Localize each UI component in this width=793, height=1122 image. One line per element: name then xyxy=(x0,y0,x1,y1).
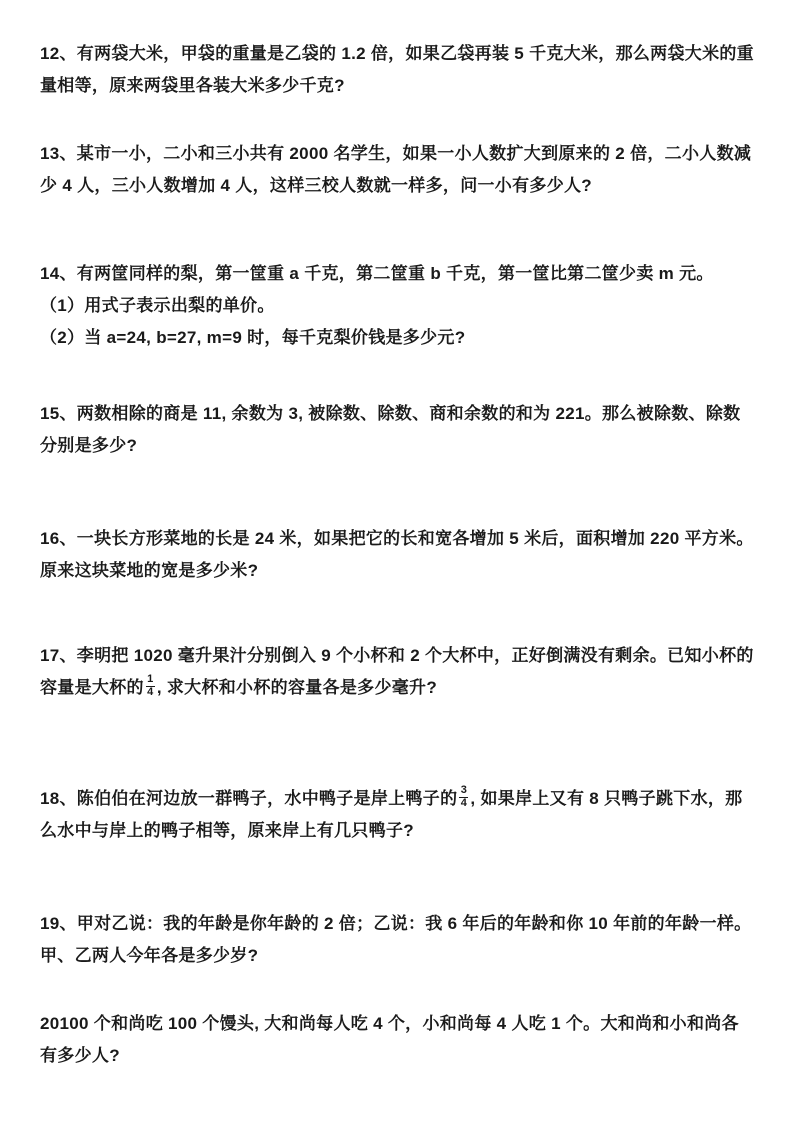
problem-17: 17、李明把 1020 毫升果汁分别倒入 9 个小杯和 2 个大杯中，正好倒满没… xyxy=(40,640,755,704)
problem-19: 19、甲对乙说：我的年龄是你年龄的 2 倍；乙说：我 6 年后的年龄和你 10 … xyxy=(40,908,755,972)
problem-13: 13、某市一小，二小和三小共有 2000 名学生，如果一小人数扩大到原来的 2 … xyxy=(40,138,755,202)
fraction-three-quarters: 34 xyxy=(459,785,468,809)
problem-17-text-after-fraction: , 求大杯和小杯的容量各是多少毫升? xyxy=(157,678,437,697)
fraction-denominator: 4 xyxy=(146,686,155,699)
problem-15: 15、两数相除的商是 11, 余数为 3, 被除数、除数、商和余数的和为 221… xyxy=(40,398,755,462)
problem-12: 12、有两袋大米，甲袋的重量是乙袋的 1.2 倍，如果乙袋再装 5 千克大米，那… xyxy=(40,38,755,102)
problem-18-text-before-fraction: 18、陈伯伯在河边放一群鸭子，水中鸭子是岸上鸭子的 xyxy=(40,789,457,808)
fraction-numerator: 3 xyxy=(461,785,467,797)
problem-18: 18、陈伯伯在河边放一群鸭子，水中鸭子是岸上鸭子的34, 如果岸上又有 8 只鸭… xyxy=(40,783,755,847)
problem-14-part-1: （1）用式子表示出梨的单价。 xyxy=(40,290,755,322)
fraction-numerator: 1 xyxy=(147,674,153,686)
worksheet-page: 12、有两袋大米，甲袋的重量是乙袋的 1.2 倍，如果乙袋再装 5 千克大米，那… xyxy=(0,0,793,1122)
problem-14-part-2: （2）当 a=24, b=27, m=9 时，每千克梨价钱是多少元? xyxy=(40,322,755,354)
fraction-denominator: 4 xyxy=(459,797,468,810)
fraction-one-quarter: 14 xyxy=(146,674,155,698)
problem-14-statement: 14、有两筐同样的梨，第一筐重 a 千克，第二筐重 b 千克，第一筐比第二筐少卖… xyxy=(40,258,755,290)
problem-16: 16、一块长方形菜地的长是 24 米，如果把它的长和宽各增加 5 米后，面积增加… xyxy=(40,523,755,587)
problem-14: 14、有两筐同样的梨，第一筐重 a 千克，第二筐重 b 千克，第一筐比第二筐少卖… xyxy=(40,258,755,354)
problem-20: 20100 个和尚吃 100 个馒头, 大和尚每人吃 4 个，小和尚每 4 人吃… xyxy=(40,1008,755,1072)
